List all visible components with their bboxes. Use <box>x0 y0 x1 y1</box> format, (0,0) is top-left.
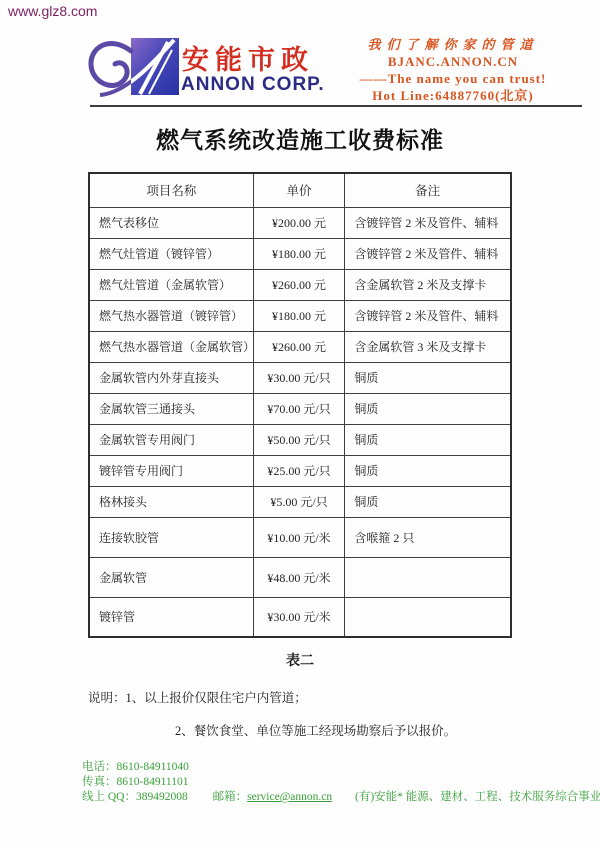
tagline-motto: ——The name you can trust! <box>322 70 584 87</box>
footer-phone-row: 电话：8610-84911040 <box>82 760 562 774</box>
note-cell <box>345 557 511 597</box>
note-cell: 铜质 <box>345 424 511 455</box>
table-row: 镀锌管¥30.00 元/米 <box>89 597 511 637</box>
tagline-hotline: Hot Line:64887760(北京) <box>322 87 584 104</box>
note-cell: 含镀锌管 2 米及管件、辅料 <box>345 300 511 331</box>
footer-qq-row: 线上 QQ：389492008 邮箱：service@annon.cn (有)安… <box>82 790 562 804</box>
table-header-row: 项目名称 单价 备注 <box>89 173 511 207</box>
fax-label: 传真： <box>82 776 117 788</box>
price-cell: ¥180.00 元 <box>253 300 345 331</box>
tagline-website: BJANC.ANNON.CN <box>322 53 584 70</box>
note-cell: 铜质 <box>345 486 511 517</box>
column-header-note: 备注 <box>345 173 511 207</box>
table-row: 格林接头¥5.00 元/只铜质 <box>89 486 511 517</box>
table-row: 燃气表移位¥200.00 元含镀锌管 2 米及管件、辅料 <box>89 207 511 238</box>
price-table: 项目名称 单价 备注 燃气表移位¥200.00 元含镀锌管 2 米及管件、辅料燃… <box>88 172 512 638</box>
price-cell: ¥25.00 元/只 <box>253 455 345 486</box>
note-cell: 铜质 <box>345 393 511 424</box>
item-name-cell: 金属软管专用阀门 <box>89 424 253 455</box>
qq-label: 线上 QQ： <box>82 791 136 803</box>
price-cell: ¥180.00 元 <box>253 238 345 269</box>
table-row: 镀锌管专用阀门¥25.00 元/只铜质 <box>89 455 511 486</box>
item-name-cell: 金属软管三通接头 <box>89 393 253 424</box>
note-cell: 铜质 <box>345 362 511 393</box>
table-row: 燃气灶管道（金属软管）¥260.00 元含金属软管 2 米及支撑卡 <box>89 269 511 300</box>
phone-value: 8610-84911040 <box>117 761 189 773</box>
price-cell: ¥5.00 元/只 <box>253 486 345 517</box>
price-cell: ¥200.00 元 <box>253 207 345 238</box>
note-cell: 含金属软管 3 米及支撑卡 <box>345 331 511 362</box>
header-tagline: 我们了解你家的管道 BJANC.ANNON.CN ——The name you … <box>322 36 584 104</box>
table-row: 燃气热水器管道（镀锌管）¥180.00 元含镀锌管 2 米及管件、辅料 <box>89 300 511 331</box>
note-cell <box>345 597 511 637</box>
price-cell: ¥10.00 元/米 <box>253 517 345 557</box>
price-cell: ¥48.00 元/米 <box>253 557 345 597</box>
item-name-cell: 燃气热水器管道（镀锌管） <box>89 300 253 331</box>
item-name-cell: 燃气表移位 <box>89 207 253 238</box>
table-row: 燃气热水器管道（金属软管）¥260.00 元含金属软管 3 米及支撑卡 <box>89 331 511 362</box>
note-line-1: 说明：1、以上报价仅限住宅户内管道； <box>88 688 307 706</box>
page-title: 燃气系统改造施工收费标准 <box>0 122 600 155</box>
table-row: 金属软管¥48.00 元/米 <box>89 557 511 597</box>
item-name-cell: 镀锌管 <box>89 597 253 637</box>
table-row: 燃气灶管道（镀锌管）¥180.00 元含镀锌管 2 米及管件、辅料 <box>89 238 511 269</box>
item-name-cell: 燃气灶管道（金属软管） <box>89 269 253 300</box>
company-description: (有)安能* 能源、建材、工程、技术服务综合事业体 <box>355 791 600 803</box>
price-cell: ¥70.00 元/只 <box>253 393 345 424</box>
note-cell: 含镀锌管 2 米及管件、辅料 <box>345 238 511 269</box>
qq-value: 389492008 <box>136 791 188 803</box>
table-row: 连接软胶管¥10.00 元/米含喉箍 2 只 <box>89 517 511 557</box>
item-name-cell: 金属软管内外芽直接头 <box>89 362 253 393</box>
phone-label: 电话： <box>82 761 117 773</box>
table-caption: 表二 <box>88 650 512 670</box>
fax-value: 8610-84911101 <box>117 776 189 788</box>
table-row: 金属软管三通接头¥70.00 元/只铜质 <box>89 393 511 424</box>
email-label: 邮箱： <box>213 791 248 803</box>
item-name-cell: 连接软胶管 <box>89 517 253 557</box>
tagline-slogan: 我们了解你家的管道 <box>322 36 584 53</box>
note-cell: 铜质 <box>345 455 511 486</box>
price-cell: ¥50.00 元/只 <box>253 424 345 455</box>
price-cell: ¥260.00 元 <box>253 331 345 362</box>
column-header-item: 项目名称 <box>89 173 253 207</box>
item-name-cell: 格林接头 <box>89 486 253 517</box>
document-page: www.glz8.com 安能市政 ANNON CORP. <box>0 0 600 848</box>
header-divider <box>90 105 582 107</box>
item-name-cell: 燃气灶管道（镀锌管） <box>89 238 253 269</box>
footer-contact: 电话：8610-84911040 传真：8610-84911101 线上 QQ：… <box>82 760 562 805</box>
price-table-body: 燃气表移位¥200.00 元含镀锌管 2 米及管件、辅料燃气灶管道（镀锌管）¥1… <box>89 207 511 637</box>
brand-name-en: ANNON CORP. <box>181 74 325 96</box>
footer-fax-row: 传真：8610-84911101 <box>82 775 562 789</box>
note-cell: 含金属软管 2 米及支撑卡 <box>345 269 511 300</box>
watermark: www.glz8.com <box>8 3 97 19</box>
table-row: 金属软管内外芽直接头¥30.00 元/只铜质 <box>89 362 511 393</box>
note-line-2: 2、餐饮食堂、单位等施工经现场勘察后予以报价。 <box>175 721 456 739</box>
annon-logo-icon <box>86 31 180 101</box>
price-cell: ¥30.00 元/米 <box>253 597 345 637</box>
item-name-cell: 镀锌管专用阀门 <box>89 455 253 486</box>
price-cell: ¥30.00 元/只 <box>253 362 345 393</box>
brand-name-cn: 安能市政 <box>182 38 314 77</box>
note-cell: 含镀锌管 2 米及管件、辅料 <box>345 207 511 238</box>
column-header-price: 单价 <box>253 173 345 207</box>
price-cell: ¥260.00 元 <box>253 269 345 300</box>
item-name-cell: 燃气热水器管道（金属软管） <box>89 331 253 362</box>
email-link[interactable]: service@annon.cn <box>247 791 332 803</box>
note-cell: 含喉箍 2 只 <box>345 517 511 557</box>
table-row: 金属软管专用阀门¥50.00 元/只铜质 <box>89 424 511 455</box>
item-name-cell: 金属软管 <box>89 557 253 597</box>
